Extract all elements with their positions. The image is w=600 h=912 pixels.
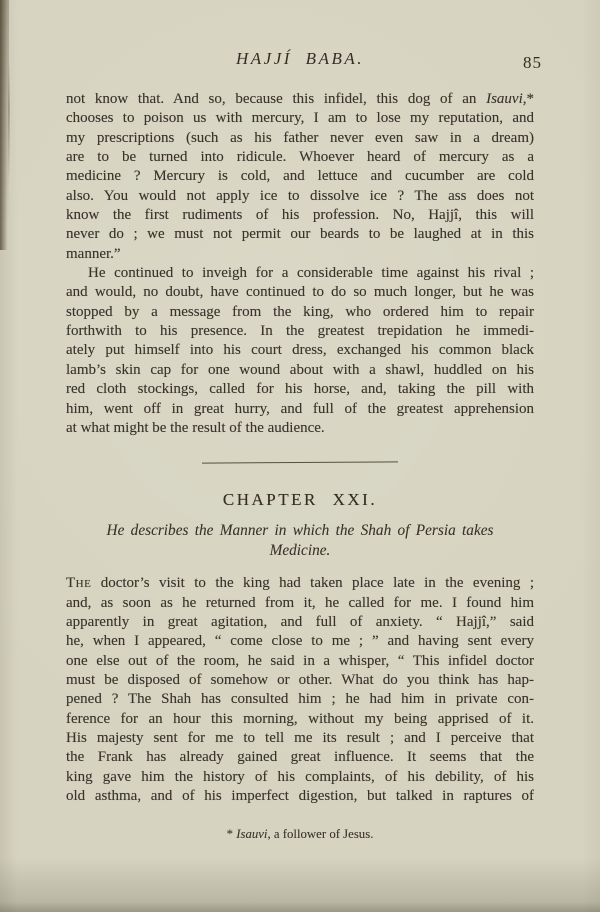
text-line: at what might be the result of the audie… (66, 419, 534, 438)
page-edge-shadow-left (0, 0, 9, 250)
text-line: and would, no doubt, have continued to d… (66, 283, 534, 302)
page-number: 85 (523, 53, 542, 73)
text-line: forthwith to his presence. In the greate… (66, 322, 534, 341)
text-line: old asthma, and of his imperfect digesti… (66, 787, 534, 806)
text-line: chooses to poison us with mercury, I am … (66, 109, 534, 128)
text-line: His majesty sent for me to tell me its r… (66, 729, 534, 748)
text-line: my prescriptions (such as his father nev… (66, 129, 534, 148)
text-line: ately put himself into his court dress, … (66, 341, 534, 360)
text-line: he, when I appeared, “ come close to me … (66, 632, 534, 651)
text-line: pened ? The Shah has consulted him ; he … (66, 690, 534, 709)
text-line: not know that. And so, because this infi… (66, 90, 534, 109)
text-line: stopped by a message from the king, who … (66, 303, 534, 322)
chapter-heading: CHAPTER XXI. (66, 490, 534, 510)
text-line: king gave him the history of his complai… (66, 768, 534, 787)
paragraph: He continued to inveigh for a considerab… (66, 264, 534, 438)
text-line: medicine ? Mercury is cold, and lettuce … (66, 167, 534, 186)
paragraph: not know that. And so, because this infi… (66, 90, 534, 264)
book-page: HAJJÍ BABA. 85 not know that. And so, be… (0, 0, 600, 912)
page-body-top: not know that. And so, because this infi… (66, 90, 534, 438)
chapter-subtitle-line: He describes the Manner in which the Sha… (66, 521, 534, 541)
text-line: lamb’s skin cap for one wound about with… (66, 361, 534, 380)
text-line: manner.” (66, 245, 534, 264)
footnote: * Isauvi, a follower of Jesus. (66, 827, 534, 842)
chapter-subtitle-line: Medicine. (66, 541, 534, 561)
text-line: know the first rudiments of his professi… (66, 206, 534, 225)
page-edge-shadow-bottom (0, 902, 600, 912)
text-line: are to be turned into ridicule. Whoever … (66, 148, 534, 167)
text-line: also. You would not apply ice to dissolv… (66, 187, 534, 206)
paragraph: The doctor’s visit to the king had taken… (66, 574, 534, 806)
text-line: one else out of the room, he said in a w… (66, 652, 534, 671)
text-line: the Frank has already gained great influ… (66, 748, 534, 767)
text-line: ference for an hour this morning, withou… (66, 710, 534, 729)
text-line: him, went off in great hurry, and full o… (66, 400, 534, 419)
text-line: The doctor’s visit to the king had taken… (66, 574, 534, 593)
page-crease (8, 60, 10, 180)
page-body-bottom: The doctor’s visit to the king had taken… (66, 574, 534, 806)
running-header: HAJJÍ BABA. (66, 49, 534, 69)
chapter-subtitle: He describes the Manner in which the Sha… (66, 521, 534, 560)
text-line: must be disposed of somehow or other. Wh… (66, 671, 534, 690)
page-text-block: not know that. And so, because this infi… (66, 90, 534, 842)
text-line: never do ; we must not permit our beards… (66, 225, 534, 244)
text-line: red cloth stockings, called for his hors… (66, 380, 534, 399)
text-line: and, as soon as he returned from it, he … (66, 594, 534, 613)
text-line: He continued to inveigh for a considerab… (66, 264, 534, 283)
section-divider (202, 462, 398, 464)
text-line: apparently in great agitation, and full … (66, 613, 534, 632)
